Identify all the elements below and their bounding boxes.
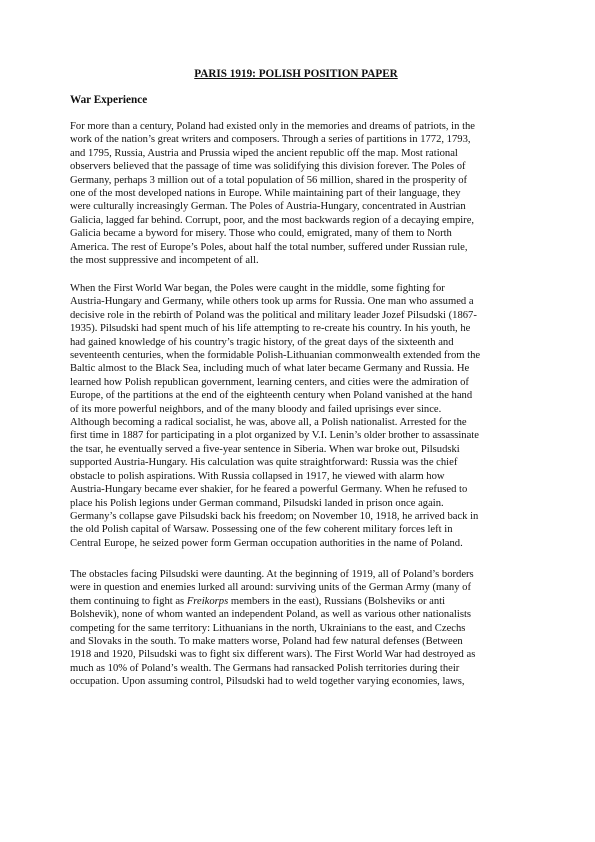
text-line: observers believed that the passage of t… <box>70 160 522 173</box>
text-line: were in question and enemies lurked all … <box>70 581 522 594</box>
text-run: members in the east), Russians (Bolshevi… <box>228 596 445 607</box>
text-line: and 1795, Russia, Austria and Prussia wi… <box>70 147 522 160</box>
text-line: Austria-Hungary and Germany, while other… <box>70 295 522 308</box>
text-line: first time in 1887 for participating in … <box>70 429 522 442</box>
text-line: Central Europe, he seized power form Ger… <box>70 537 522 550</box>
text-line: competing for the same territory: Lithua… <box>70 622 522 635</box>
text-line: learned how Polish republican government… <box>70 376 522 389</box>
text-line: had gained knowledge of his country’s tr… <box>70 336 522 349</box>
text-line: America. The rest of Europe’s Poles, abo… <box>70 241 522 254</box>
text-line: decisive role in the rebirth of Poland w… <box>70 309 522 322</box>
text-line: the tsar, he eventually served a five-ye… <box>70 443 522 456</box>
text-line: supported Austria-Hungary. His calculati… <box>70 456 522 469</box>
text-line: 1935). Pilsudski had spent much of his l… <box>70 322 522 335</box>
text-line: occupation. Upon assuming control, Pilsu… <box>70 675 522 688</box>
text-line: Europe, of the partitions at the end of … <box>70 389 522 402</box>
text-line: Germany, perhaps 3 million out of a tota… <box>70 174 522 187</box>
text-line: the old Polish capital of Warsaw. Posses… <box>70 523 522 536</box>
paragraph-1: For more than a century, Poland had exis… <box>70 120 522 267</box>
text-line: much as 10% of Poland’s wealth. The Germ… <box>70 662 522 675</box>
text-line: Although becoming a radical socialist, h… <box>70 416 522 429</box>
paragraph-2: When the First World War began, the Pole… <box>70 282 522 550</box>
text-line: Baltic almost to the Black Sea, includin… <box>70 362 522 375</box>
text-line: For more than a century, Poland had exis… <box>70 120 522 133</box>
text-line: of its more powerful neighbors, and of t… <box>70 403 522 416</box>
text-line: one of the most developed nations in Eur… <box>70 187 522 200</box>
text-run: them continuing to fight as <box>70 596 187 607</box>
italic-term-freikorps: Freikorps <box>187 596 228 607</box>
paragraph-3: The obstacles facing Pilsudski were daun… <box>70 568 522 689</box>
text-line: were culturally increasingly German. The… <box>70 200 522 213</box>
text-line: the most suppressive and incompetent of … <box>70 254 522 267</box>
text-line: Galicia, lagged far behind. Corrupt, poo… <box>70 214 522 227</box>
document-title: PARIS 1919: POLISH POSITION PAPER <box>70 68 522 80</box>
text-line: 1918 and 1920, Pilsudski was to fight si… <box>70 648 522 661</box>
text-line: Germany’s collapse gave Pilsudski back h… <box>70 510 522 523</box>
text-line: work of the nation’s great writers and c… <box>70 133 522 146</box>
section-heading: War Experience <box>70 94 147 106</box>
text-line: Austria-Hungary became ever shakier, for… <box>70 483 522 496</box>
text-line: obstacle to polish aspirations. With Rus… <box>70 470 522 483</box>
text-line: Bolshevik), none of whom wanted an indep… <box>70 608 522 621</box>
text-line: place his Polish legions under German co… <box>70 497 522 510</box>
text-line: The obstacles facing Pilsudski were daun… <box>70 568 522 581</box>
text-line: and Slovaks in the south. To make matter… <box>70 635 522 648</box>
text-line: them continuing to fight as Freikorps me… <box>70 595 522 608</box>
text-line: Galicia became a byword for misery. Thos… <box>70 227 522 240</box>
text-line: When the First World War began, the Pole… <box>70 282 522 295</box>
text-line: seventeenth centuries, when the formidab… <box>70 349 522 362</box>
